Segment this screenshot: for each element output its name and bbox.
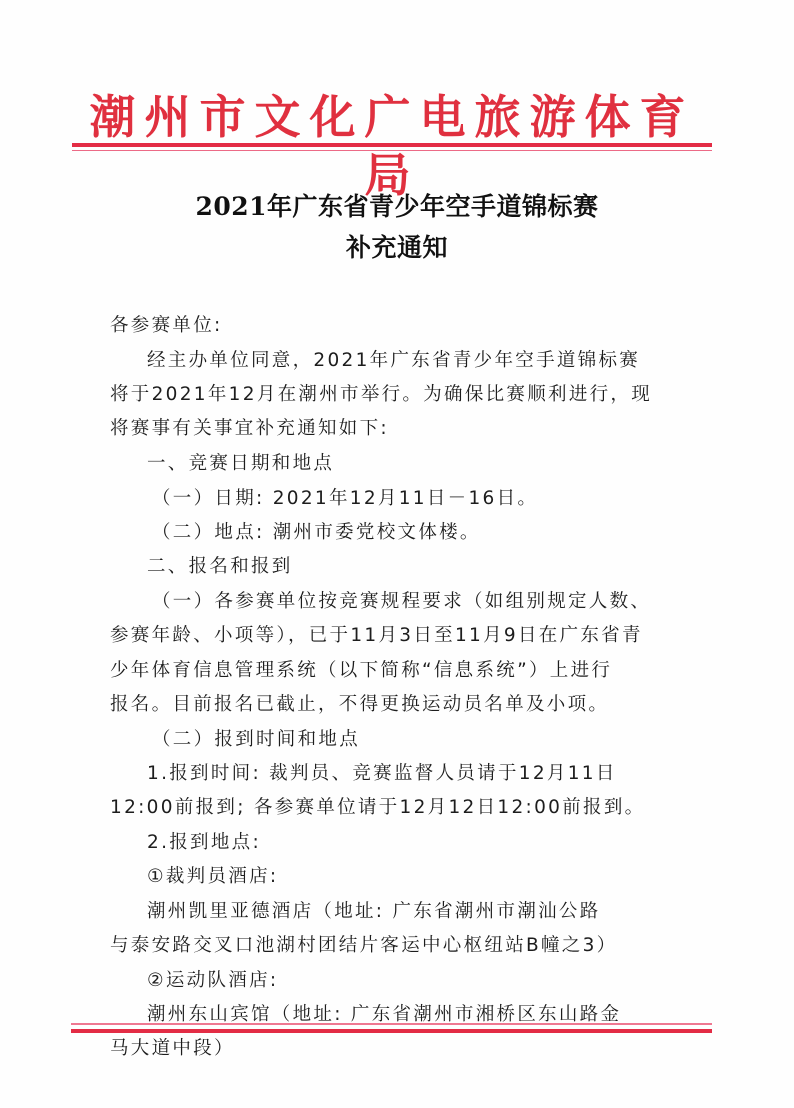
body-line: （一）日期: 2021年12月11日－16日。 <box>152 484 712 510</box>
letterhead-agency-name: 潮州市文化广电旅游体育局 <box>70 88 714 146</box>
body-line: 2.报到地点: <box>147 828 707 854</box>
body-line: 少年体育信息管理系统（以下简称“信息系统”）上进行 <box>110 656 670 682</box>
body-line: 1.报到时间: 裁判员、竞赛监督人员请于12月11日 <box>147 759 707 785</box>
body-line: 潮州凯里亚德酒店（地址: 广东省潮州市潮汕公路 <box>147 897 707 923</box>
body-line: 参赛年龄、小项等），已于11月3日至11月9日在广东省青 <box>110 621 670 647</box>
letterhead-rule-thick <box>72 143 712 147</box>
body-line: 报名。目前报名已截止，不得更换运动员名单及小项。 <box>110 690 670 716</box>
body-line: （二）地点: 潮州市委党校文体楼。 <box>152 518 712 544</box>
section-heading: 二、报名和报到 <box>147 552 707 578</box>
body-line: 经主办单位同意，2021年广东省青少年空手道锦标赛 <box>147 346 707 372</box>
document-title: 2021年广东省青少年空手道锦标赛 <box>0 187 794 223</box>
body-line: 马大道中段） <box>110 1034 670 1060</box>
subsection-heading: （二）报到时间和地点 <box>152 725 712 751</box>
document-page: 潮州市文化广电旅游体育局 2021年广东省青少年空手道锦标赛 补充通知 各参赛单… <box>0 0 794 1108</box>
body-line: 与泰安路交叉口池湖村团结片客运中心枢纽站B幢之3） <box>110 931 670 957</box>
body-line: ①裁判员酒店: <box>147 862 707 888</box>
body-line: 12:00前报到; 各参赛单位请于12月12日12:00前报到。 <box>110 793 670 819</box>
body-line: 将赛事有关事宜补充通知如下: <box>110 414 670 440</box>
salutation: 各参赛单位: <box>110 311 670 337</box>
footer-rule-thick <box>71 1029 712 1033</box>
section-heading: 一、竞赛日期和地点 <box>147 449 707 475</box>
footer-rule-thin <box>71 1023 712 1025</box>
body-line: ②运动队酒店: <box>147 966 707 992</box>
body-line: （一）各参赛单位按竞赛规程要求（如组别规定人数、 <box>152 587 712 613</box>
letterhead-rule-thin <box>72 150 712 151</box>
document-subtitle: 补充通知 <box>0 228 794 264</box>
body-line: 将于2021年12月在潮州市举行。为确保比赛顺利进行，现 <box>110 380 670 406</box>
